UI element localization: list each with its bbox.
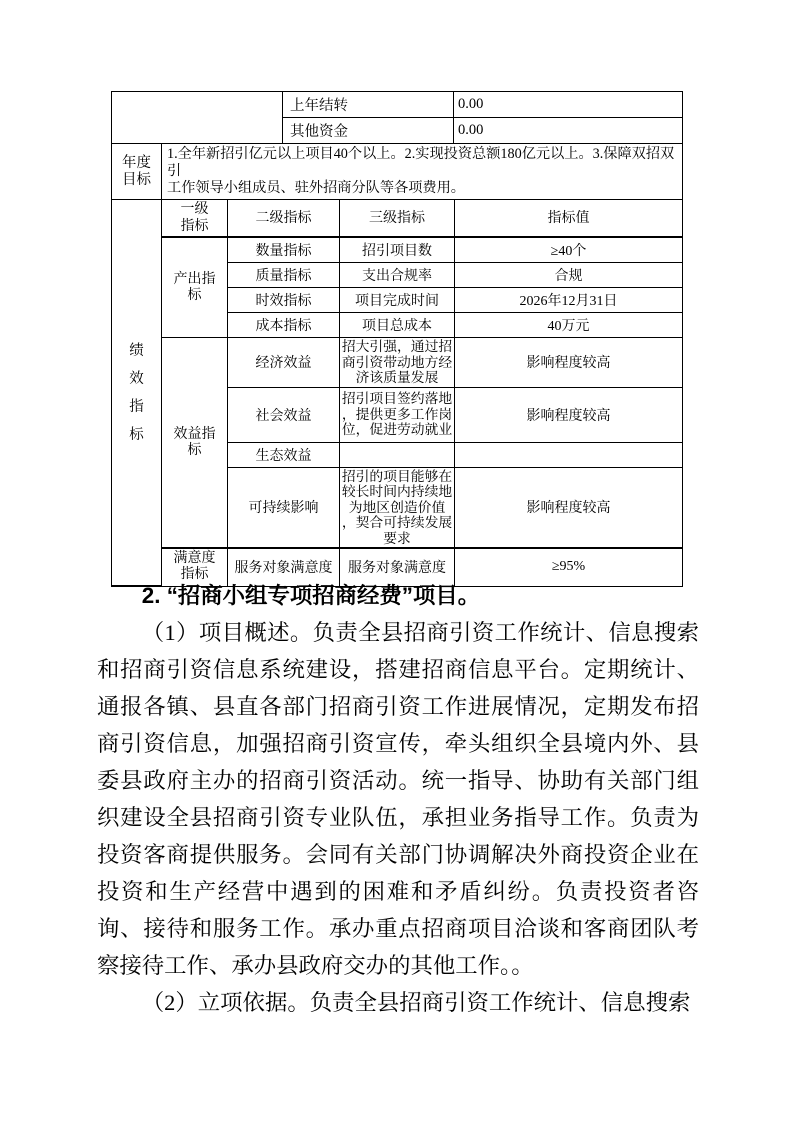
level3-cell: 招引的项目能够在 较长时间内持续地 为地区创造价值 ，契合可持续发展 要求 xyxy=(340,467,455,548)
value-cell: ≥40个 xyxy=(455,237,683,263)
section-2-body: 2. “招商小组专项招商经费”项目。 （1）项目概述。负责全县招商引资工作统计、… xyxy=(97,577,699,1021)
paragraph-project-basis: （2）立项依据。负责全县招商引资工作统计、信息搜索 xyxy=(97,984,699,1021)
value-cell: 影响程度较高 xyxy=(455,467,683,548)
level3-cell: 招引项目签约落地 ，提供更多工作岗 位，促进劳动就业 xyxy=(340,387,455,442)
level3-cell: 招引项目数 xyxy=(340,237,455,263)
performance-header-row: 绩 效 指 标 一级 指标 二级指标 三级指标 指标值 xyxy=(112,200,683,238)
carryover-row: 上年结转 0.00 xyxy=(112,92,683,118)
level3-cell: 项目总成本 xyxy=(340,313,455,338)
header-level3-cell: 三级指标 xyxy=(340,200,455,238)
paragraph-project-overview: （1）项目概述。负责全县招商引资工作统计、信息搜索和招商引资信息系统建设，搭建招… xyxy=(97,614,699,984)
output-group-label-cell: 产出指 标 xyxy=(162,237,228,338)
carryover-value-cell: 0.00 xyxy=(454,92,683,118)
carryover-value-cell: 0.00 xyxy=(454,118,683,144)
carryover-empty-cell xyxy=(112,92,283,144)
value-cell: 影响程度较高 xyxy=(455,387,683,442)
header-level1-cell: 一级 指标 xyxy=(162,200,228,238)
annual-goal-table: 年度 目标 1.全年新招引亿元以上项目40个以上。2.实现投资总额180亿元以上… xyxy=(111,143,683,200)
level2-cell: 数量指标 xyxy=(228,237,340,263)
benefit-group-label-cell: 效益指 标 xyxy=(162,338,228,549)
level2-cell: 生态效益 xyxy=(228,442,340,467)
output-row: 产出指 标 数量指标 招引项目数 ≥40个 xyxy=(112,237,683,263)
benefit-row: 效益指 标 经济效益 招大引强，通过招 商引资带动地方经 济该质量发展 影响程度… xyxy=(112,338,683,388)
document-page: 上年结转 0.00 其他资金 0.00 年度 目标 1.全年新招引亿元以上项目4… xyxy=(0,0,793,1122)
level3-cell xyxy=(340,442,455,467)
header-level2-cell: 二级指标 xyxy=(228,200,340,238)
value-cell xyxy=(455,442,683,467)
section-heading: 2. “招商小组专项招商经费”项目。 xyxy=(97,577,699,614)
performance-table: 绩 效 指 标 一级 指标 二级指标 三级指标 指标值 产出指 标 数量指标 招… xyxy=(111,199,683,587)
annual-goal-label-cell: 年度 目标 xyxy=(112,144,162,200)
performance-side-label-cell: 绩 效 指 标 xyxy=(112,200,162,587)
level2-cell: 质量指标 xyxy=(228,263,340,288)
carryover-label-cell: 上年结转 xyxy=(283,92,454,118)
level2-cell: 经济效益 xyxy=(228,338,340,388)
annual-goal-row: 年度 目标 1.全年新招引亿元以上项目40个以上。2.实现投资总额180亿元以上… xyxy=(112,144,683,200)
value-cell: 影响程度较高 xyxy=(455,338,683,388)
level3-cell: 项目完成时间 xyxy=(340,288,455,313)
level2-cell: 社会效益 xyxy=(228,387,340,442)
carryover-table: 上年结转 0.00 其他资金 0.00 xyxy=(111,91,683,144)
value-cell: 合规 xyxy=(455,263,683,288)
annual-goal-text-cell: 1.全年新招引亿元以上项目40个以上。2.实现投资总额180亿元以上。3.保障双… xyxy=(162,144,683,200)
level2-cell: 可持续影响 xyxy=(228,467,340,548)
level3-cell: 招大引强，通过招 商引资带动地方经 济该质量发展 xyxy=(340,338,455,388)
value-cell: 2026年12月31日 xyxy=(455,288,683,313)
level2-cell: 成本指标 xyxy=(228,313,340,338)
carryover-label-cell: 其他资金 xyxy=(283,118,454,144)
level2-cell: 时效指标 xyxy=(228,288,340,313)
header-value-cell: 指标值 xyxy=(455,200,683,238)
level3-cell: 支出合规率 xyxy=(340,263,455,288)
budget-tables: 上年结转 0.00 其他资金 0.00 年度 目标 1.全年新招引亿元以上项目4… xyxy=(111,91,682,587)
value-cell: 40万元 xyxy=(455,313,683,338)
